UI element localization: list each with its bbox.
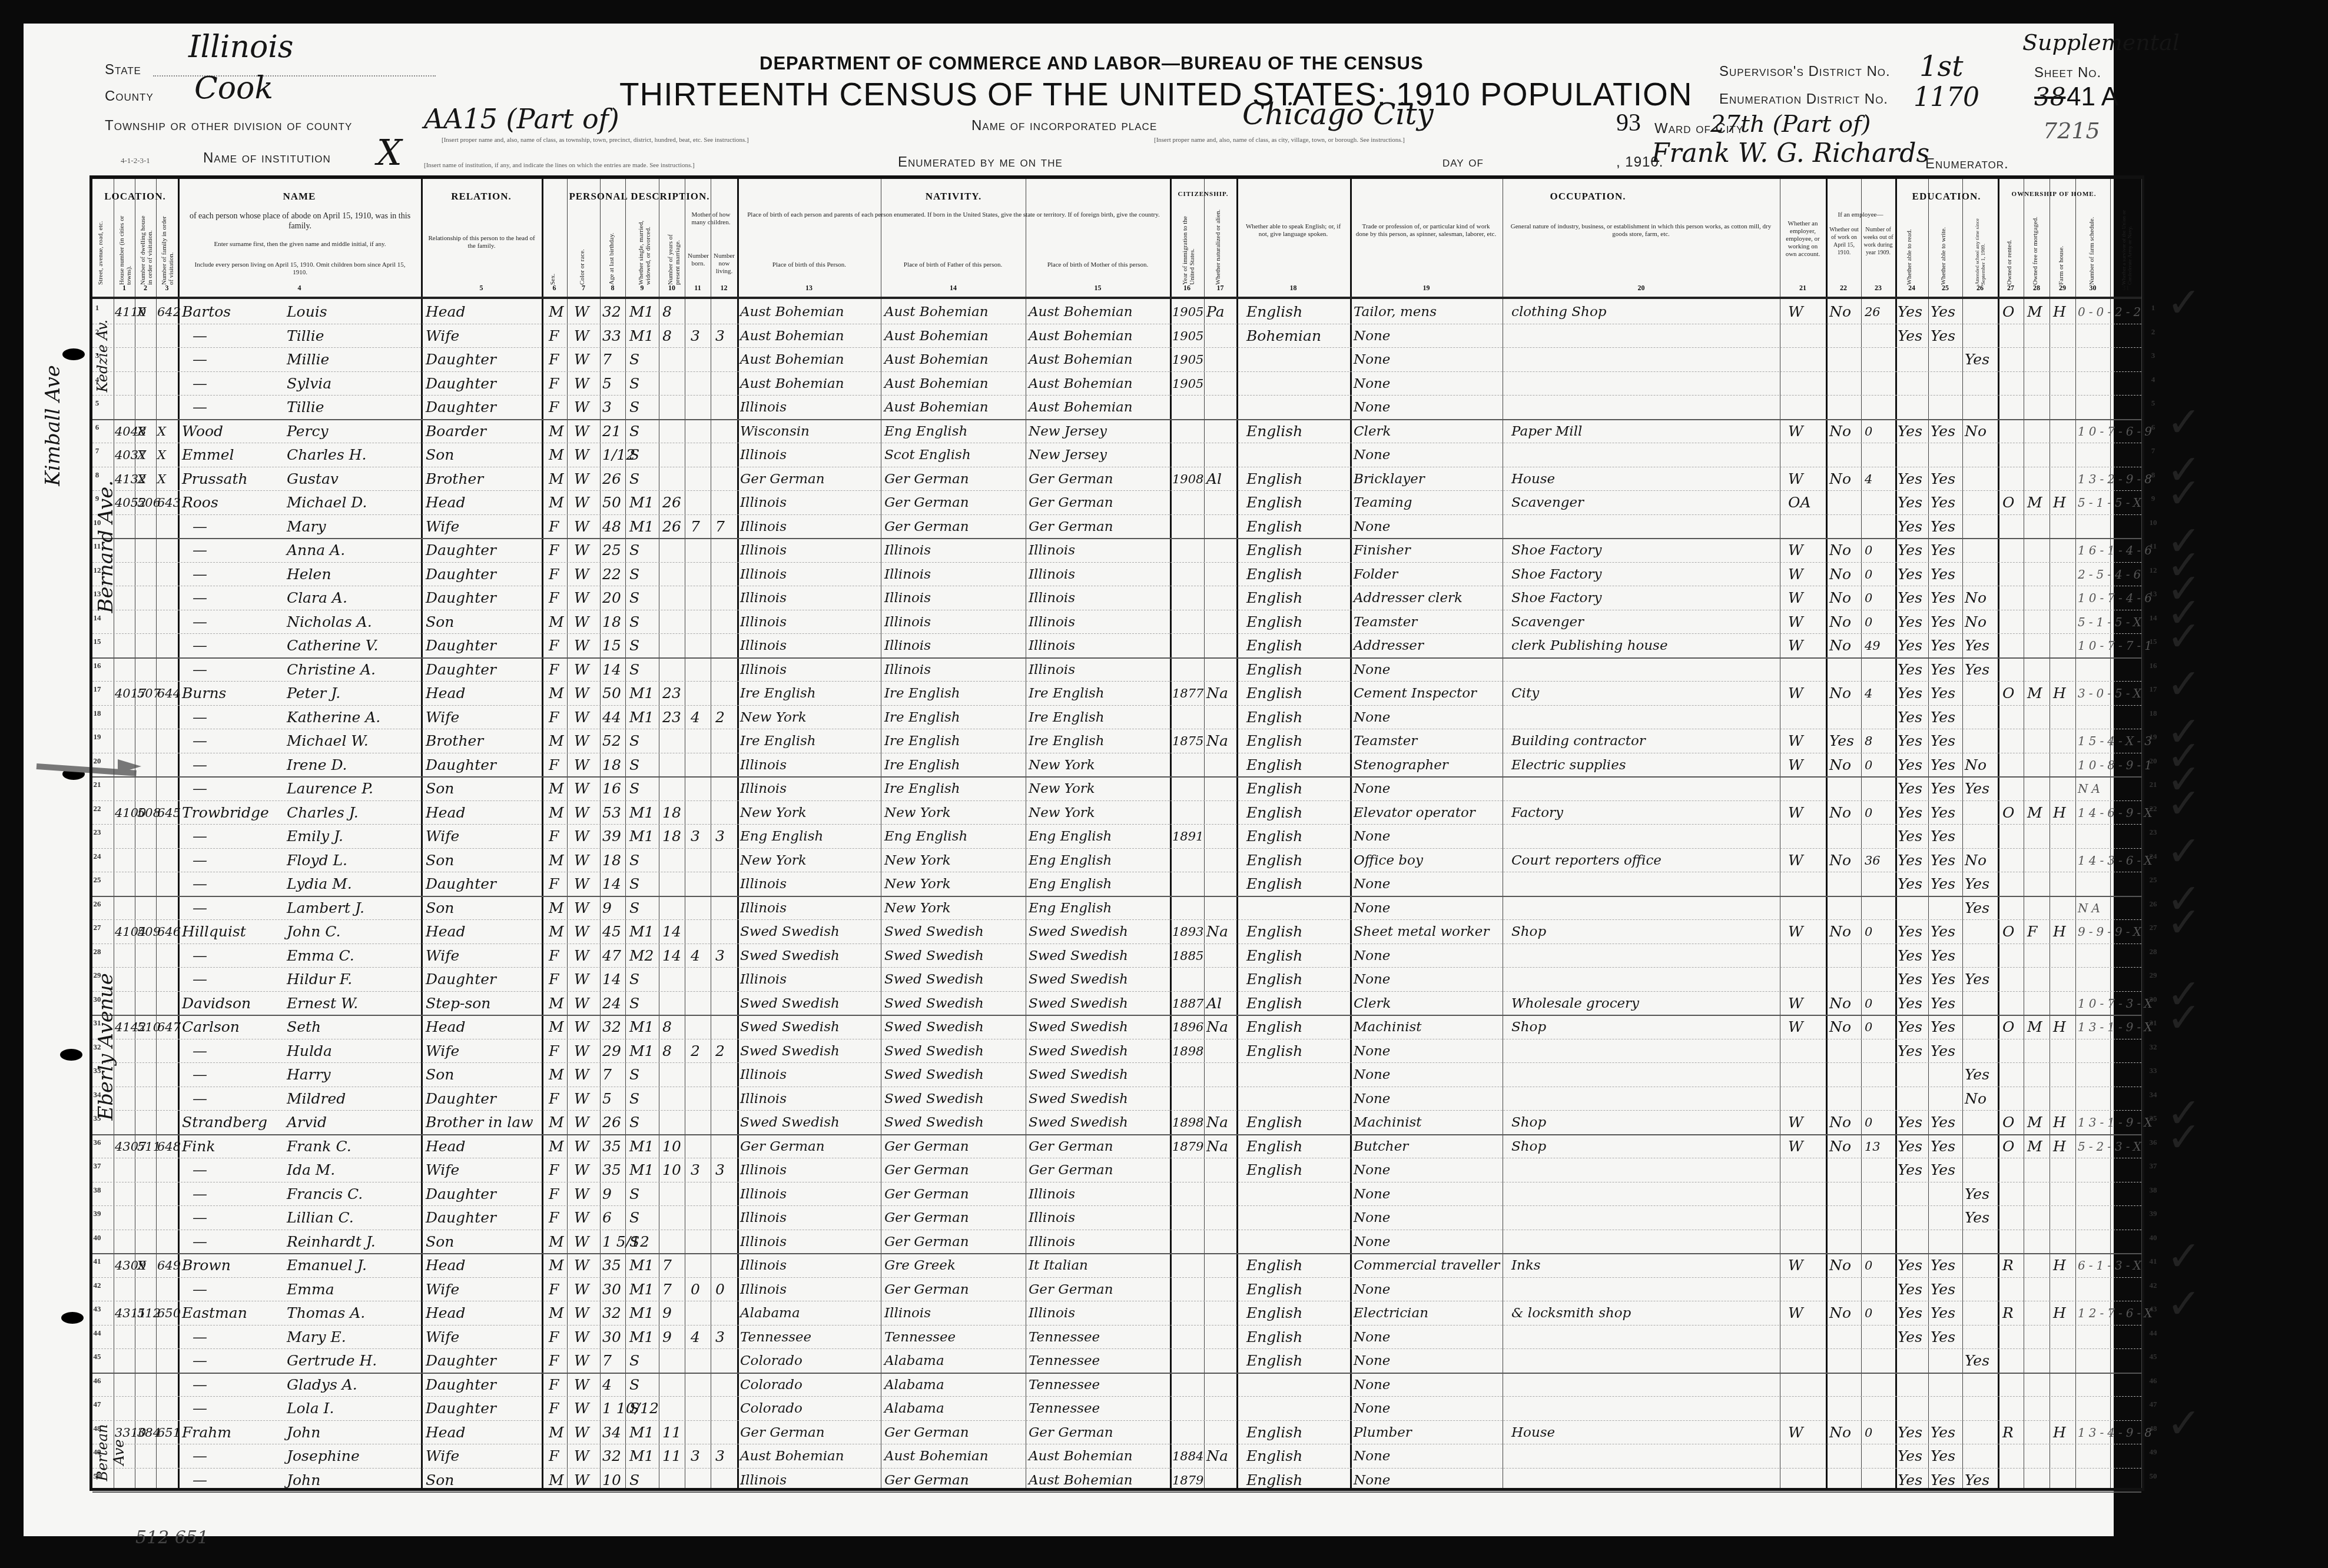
department-title: DEPARTMENT OF COMMERCE AND LABOR—BUREAU … — [760, 53, 1424, 74]
trade: Addresser — [1354, 634, 1424, 657]
owned-rented: R — [2002, 1254, 2014, 1277]
given-name: Lola I. — [287, 1397, 334, 1420]
marital-status: M1 — [629, 1278, 654, 1301]
column-number: 24 — [1895, 284, 1928, 293]
immigration-year: 1905 — [1172, 301, 1203, 323]
relation: Wife — [426, 1445, 459, 1467]
table-row: 4104509646HillquistJohn C.HeadMW45M114Sw… — [92, 919, 2141, 945]
surname: — — [193, 849, 207, 872]
can-read: Yes — [1898, 682, 1922, 705]
coding-marks: 6-1-3-X — [2078, 1254, 2145, 1277]
birthplace-mother: Tennessee — [1029, 1350, 1100, 1372]
can-write: Yes — [1931, 778, 1955, 800]
group-name: NAME — [178, 191, 421, 202]
race: W — [574, 1040, 589, 1062]
age: 26 — [602, 1111, 621, 1134]
language: English — [1246, 659, 1302, 681]
surname: Strandberg — [182, 1111, 267, 1134]
surname: — — [193, 611, 207, 633]
birthplace-mother: New York — [1029, 778, 1095, 800]
years-married: 11 — [662, 1445, 681, 1467]
table-row: —SylviaDaughterFW5SAust BohemianAust Boh… — [92, 371, 2141, 397]
group-occupation: OCCUPATION. — [1350, 191, 1826, 202]
marital-status: S — [629, 659, 639, 681]
table-row: StrandbergArvidBrother in lawMW26SSwed S… — [92, 1110, 2141, 1135]
birthplace-father: Eng English — [884, 825, 967, 848]
table-row: 4309X649BrownEmanuel J.HeadMW35M17Illino… — [92, 1253, 2141, 1278]
marital-status: S — [629, 468, 639, 490]
out-of-work: No — [1829, 1111, 1851, 1134]
out-of-work: No — [1829, 802, 1851, 824]
weeks-out: 0 — [1865, 754, 1872, 776]
line-number: 32 — [2144, 1042, 2162, 1052]
industry: Paper Mill — [1511, 420, 1582, 443]
age: 32 — [602, 301, 621, 323]
can-read: Yes — [1898, 1135, 1922, 1158]
industry: House — [1511, 468, 1555, 490]
marital-status: M1 — [629, 1421, 654, 1444]
marital-status: M1 — [629, 1254, 654, 1277]
sex: M — [549, 491, 564, 514]
birthplace-mother: Illinois — [1029, 611, 1075, 633]
years-married: 14 — [662, 921, 681, 943]
language: English — [1246, 992, 1302, 1015]
line-number: 5 — [2144, 398, 2162, 408]
hdr-relation: Relationship of this person to the head … — [426, 235, 538, 250]
out-of-work: No — [1829, 539, 1851, 562]
industry: Shoe Factory — [1511, 563, 1601, 586]
hdr-write: Whether able to write. — [1940, 214, 1947, 285]
surname: — — [193, 1064, 207, 1086]
given-name: Mary E. — [287, 1326, 346, 1348]
state-label: State — [105, 62, 141, 78]
naturalization: Na — [1206, 1016, 1228, 1038]
line-number: 35 — [2144, 1114, 2162, 1123]
hdr-marital: Whether single, married, widowed, or div… — [638, 214, 652, 285]
surname: — — [193, 945, 207, 967]
trade: None — [1354, 1159, 1390, 1181]
punch-hole — [62, 348, 85, 360]
hdr-weeks-out: Number of weeks out of work during year … — [1862, 226, 1894, 257]
mortgaged: M — [2027, 301, 2042, 323]
trade: Butcher — [1354, 1135, 1408, 1158]
relation: Brother — [426, 730, 483, 752]
school: Yes — [1965, 778, 1989, 800]
industry: clerk Publishing house — [1511, 634, 1668, 657]
relation: Wife — [426, 945, 459, 967]
given-name: Lambert J. — [287, 897, 364, 919]
birthplace-person: Swed Swedish — [740, 1040, 840, 1062]
birthplace-person: Illinois — [740, 1231, 787, 1253]
marital-status: S — [629, 611, 639, 633]
age: 34 — [602, 1421, 621, 1444]
line-number: 6 — [2144, 423, 2162, 432]
table-row: —EmmaWifeFW30M1700IllinoisGer GermanGer … — [92, 1277, 2141, 1303]
birthplace-father: Ger German — [884, 1421, 969, 1444]
relation: Daughter — [426, 634, 496, 657]
sex: F — [549, 1397, 559, 1420]
weeks-out: 4 — [1865, 682, 1872, 705]
employer-status: W — [1788, 921, 1803, 943]
out-of-work: No — [1829, 1135, 1851, 1158]
birthplace-person: Illinois — [740, 444, 787, 466]
surname: — — [193, 587, 207, 609]
school: Yes — [1965, 634, 1989, 657]
years-married: 10 — [662, 1159, 681, 1181]
race: W — [574, 516, 589, 538]
line-number: 8 — [2144, 470, 2162, 480]
surname: — — [193, 706, 207, 729]
immigration-year: 1893 — [1172, 921, 1203, 943]
birthplace-person: Illinois — [740, 1278, 787, 1301]
birthplace-person: Aust Bohemian — [740, 1445, 844, 1467]
birthplace-person: Tennessee — [740, 1326, 811, 1348]
employer-status: W — [1788, 301, 1803, 323]
surname: Emmel — [182, 444, 234, 466]
table-row: —Lola I.DaughterFW1 10/12SColoradoAlabam… — [92, 1396, 2141, 1421]
surname: — — [193, 1040, 207, 1062]
can-write: Yes — [1931, 468, 1955, 490]
table-row: —TillieDaughterFW3SIllinoisAust Bohemian… — [92, 395, 2141, 420]
employer-status: W — [1788, 1135, 1803, 1158]
birthplace-person: Swed Swedish — [740, 1111, 840, 1134]
group-relation: RELATION. — [421, 191, 542, 202]
surname: Bartos — [182, 301, 231, 323]
line-number: 15 — [2144, 637, 2162, 646]
sex: M — [549, 1016, 564, 1038]
sex: F — [549, 825, 559, 848]
hdr-if-employee: If an employee— — [1827, 211, 1894, 219]
table-row: —Emma C.WifeFW47M21443Swed SwedishSwed S… — [92, 944, 2141, 969]
can-read: Yes — [1898, 802, 1922, 824]
birthplace-person: Illinois — [740, 1254, 787, 1277]
birthplace-mother: Aust Bohemian — [1029, 348, 1133, 371]
trade: None — [1354, 1469, 1390, 1491]
birthplace-father: Illinois — [884, 587, 931, 609]
language: English — [1246, 468, 1302, 490]
marital-status: S — [629, 1111, 639, 1134]
sheet-label: Sheet No. — [2034, 65, 2101, 81]
line-number: 49 — [2144, 1447, 2162, 1457]
out-of-work: No — [1829, 992, 1851, 1015]
years-married: 23 — [662, 682, 681, 705]
table-row: —Irene D.DaughterFW18SIllinoisIre Englis… — [92, 753, 2141, 778]
farm-house: H — [2053, 1302, 2066, 1324]
employer-status: W — [1788, 730, 1803, 752]
sex: M — [549, 1302, 564, 1324]
can-read: Yes — [1898, 778, 1922, 800]
sex: M — [549, 730, 564, 752]
given-name: Laurence P. — [287, 778, 373, 800]
marital-status: S — [629, 563, 639, 586]
industry: Scavenger — [1511, 611, 1584, 633]
birthplace-father: Ire English — [884, 754, 960, 776]
out-of-work: Yes — [1829, 730, 1854, 752]
language: English — [1246, 730, 1302, 752]
hdr-school: Attended school any time since September… — [1974, 208, 1986, 285]
immigration-year: 1887 — [1172, 992, 1203, 1015]
given-name: Sylvia — [287, 373, 331, 395]
naturalization: Al — [1206, 992, 1222, 1015]
hdr-years-married: Number of years of present marriage. — [667, 214, 681, 285]
birthplace-father: New York — [884, 802, 951, 824]
line-number: 43 — [2144, 1304, 2162, 1314]
township-note: [Insert proper name and, also, name of c… — [442, 137, 749, 144]
birthplace-mother: Illinois — [1029, 1183, 1075, 1205]
birthplace-mother: New York — [1029, 754, 1095, 776]
table-row: 4048XXWoodPercyBoarderMW21SWisconsinEng … — [92, 419, 2141, 444]
marital-status: S — [629, 373, 639, 395]
line-number: 38 — [2144, 1185, 2162, 1195]
column-number: 30 — [2075, 284, 2110, 293]
birthplace-father: Swed Swedish — [884, 1111, 984, 1134]
sex: F — [549, 634, 559, 657]
birthplace-mother: Swed Swedish — [1029, 1040, 1128, 1062]
years-married: 8 — [662, 1016, 672, 1038]
employer-status: W — [1788, 1254, 1803, 1277]
language: English — [1246, 420, 1302, 443]
surname: — — [193, 1207, 207, 1229]
relation: Step-son — [426, 992, 490, 1015]
table-row: 4142510647CarlsonSethHeadMW32M18Swed Swe… — [92, 1015, 2141, 1040]
race: W — [574, 897, 589, 919]
relation: Wife — [426, 1159, 459, 1181]
relation: Brother in law — [426, 1111, 533, 1134]
trade: None — [1354, 1231, 1390, 1253]
language: English — [1246, 778, 1302, 800]
given-name: Millie — [287, 348, 329, 371]
hdr-family: Number of family in order of visitation. — [161, 214, 175, 285]
school: Yes — [1965, 873, 1989, 895]
column-number: 13 — [737, 284, 881, 293]
birthplace-person: Aust Bohemian — [740, 301, 844, 323]
sex: M — [549, 802, 564, 824]
relation: Daughter — [426, 1088, 496, 1110]
birthplace-father: Illinois — [884, 659, 931, 681]
weeks-out: 36 — [1865, 849, 1881, 872]
table-row: —Christine A.DaughterFW14SIllinoisIllino… — [92, 657, 2141, 683]
birthplace-father: Illinois — [884, 1302, 931, 1324]
column-number: 2 — [135, 284, 156, 293]
birthplace-father: Aust Bohemian — [884, 325, 989, 347]
incorporated-place-value: Chicago City — [1242, 97, 1434, 131]
birthplace-mother: It Italian — [1029, 1254, 1088, 1277]
table-row: —HuldaWifeFW29M1822Swed SwedishSwed Swed… — [92, 1039, 2141, 1064]
sex: F — [549, 1040, 559, 1062]
immigration-year: 1877 — [1172, 682, 1203, 705]
institution-label: Name of institution — [203, 150, 331, 167]
group-location: LOCATION. — [92, 191, 178, 202]
marital-status: M1 — [629, 682, 654, 705]
relation: Head — [426, 1016, 466, 1038]
weeks-out: 0 — [1865, 1016, 1872, 1038]
age: 7 — [602, 1064, 612, 1086]
trade: None — [1354, 396, 1390, 418]
can-write: Yes — [1931, 301, 1955, 323]
age: 39 — [602, 825, 621, 848]
can-write: Yes — [1931, 921, 1955, 943]
surname: Fink — [182, 1135, 215, 1158]
birthplace-person: Illinois — [740, 1207, 787, 1229]
coding-marks: 9-9-9-X — [2078, 921, 2145, 943]
mortgaged: M — [2027, 491, 2042, 514]
surname: — — [193, 539, 207, 562]
birthplace-father: Illinois — [884, 611, 931, 633]
birthplace-father: Aust Bohemian — [884, 301, 989, 323]
line-number: 18 — [2144, 709, 2162, 718]
line-number: 22 — [2144, 804, 2162, 813]
birthplace-mother: Ire English — [1029, 730, 1105, 752]
marital-status: S — [629, 1350, 639, 1372]
table-row: —Katherine A.WifeFW44M12342New YorkIre E… — [92, 705, 2141, 730]
years-married: 14 — [662, 945, 681, 967]
industry: Shop — [1511, 1016, 1546, 1038]
coding-marks: NA — [2078, 778, 2104, 800]
place-note: [Insert proper name and, also, name of c… — [1154, 137, 1405, 144]
line-number: 4 — [2144, 375, 2162, 384]
given-name: Charles H. — [287, 444, 366, 466]
checkmark-icon: ✓ — [2167, 398, 2201, 447]
trade: Clerk — [1354, 992, 1391, 1015]
age: 32 — [602, 1016, 621, 1038]
out-of-work: No — [1829, 1016, 1851, 1038]
sex: M — [549, 301, 564, 323]
sex: M — [549, 1064, 564, 1086]
language: English — [1246, 945, 1302, 967]
sex: F — [549, 1088, 559, 1110]
relation: Head — [426, 1135, 466, 1158]
birthplace-father: Illinois — [884, 563, 931, 586]
out-of-work: No — [1829, 682, 1851, 705]
surname: — — [193, 778, 207, 800]
age: 6 — [602, 1207, 612, 1229]
trade: Addresser clerk — [1354, 587, 1463, 609]
age: 1 5/12 — [602, 1231, 649, 1253]
birthplace-mother: Ger German — [1029, 1421, 1113, 1444]
given-name: Emily J. — [287, 825, 343, 848]
employer-status: W — [1788, 468, 1803, 490]
farm-house: H — [2053, 802, 2066, 824]
given-name: Anna A. — [287, 539, 345, 562]
years-married: 11 — [662, 1421, 681, 1444]
race: W — [574, 1350, 589, 1372]
children-born: 4 — [691, 706, 700, 729]
sex: F — [549, 1183, 559, 1205]
employer-status: W — [1788, 1421, 1803, 1444]
farm-house: H — [2053, 921, 2066, 943]
years-married: 9 — [662, 1326, 672, 1348]
relation: Son — [426, 1064, 454, 1086]
weeks-out: 0 — [1865, 420, 1872, 443]
relation: Wife — [426, 706, 459, 729]
given-name: Mildred — [287, 1088, 346, 1110]
race: W — [574, 444, 589, 466]
surname: — — [193, 754, 207, 776]
out-of-work: No — [1829, 468, 1851, 490]
owned-rented: O — [2002, 301, 2015, 323]
given-name: Lillian C. — [287, 1207, 354, 1229]
can-write: Yes — [1931, 802, 1955, 824]
line-number: 27 — [2144, 923, 2162, 932]
employer-status: W — [1788, 587, 1803, 609]
sex: M — [549, 1135, 564, 1158]
marital-status: S — [629, 634, 639, 657]
owned-rented: O — [2002, 921, 2015, 943]
group-education: EDUCATION. — [1895, 191, 1998, 202]
line-number: 26 — [2144, 899, 2162, 909]
birthplace-father: Ger German — [884, 1135, 969, 1158]
age: 33 — [602, 325, 621, 347]
given-name: Ida M. — [287, 1159, 335, 1181]
children-living: 3 — [715, 945, 725, 967]
line-number: 23 — [2144, 828, 2162, 837]
sex: M — [549, 1469, 564, 1491]
column-number: 7 — [567, 284, 600, 293]
relation: Daughter — [426, 1183, 496, 1205]
age: 30 — [602, 1326, 621, 1348]
marital-status: S — [629, 754, 639, 776]
race: W — [574, 1207, 589, 1229]
table-row: —Lillian C.DaughterFW6SIllinoisGer Germa… — [92, 1205, 2141, 1231]
sex: M — [549, 468, 564, 490]
sex: M — [549, 849, 564, 872]
relation: Head — [426, 921, 466, 943]
checkmark-icon: ✓ — [2167, 1232, 2201, 1281]
birthplace-person: Illinois — [740, 897, 787, 919]
school: Yes — [1965, 1469, 1989, 1491]
language: English — [1246, 1302, 1302, 1324]
marital-status: S — [629, 1183, 639, 1205]
marital-status: M1 — [629, 491, 654, 514]
family-number: X — [157, 444, 166, 466]
given-name: Michael D. — [287, 491, 367, 514]
naturalization: Na — [1206, 921, 1228, 943]
trade: Teamster — [1354, 611, 1417, 633]
can-read: Yes — [1898, 873, 1922, 895]
can-read: Yes — [1898, 730, 1922, 752]
language: English — [1246, 1350, 1302, 1372]
hdr-race: Color or race. — [579, 232, 586, 285]
employer-status: W — [1788, 849, 1803, 872]
birthplace-person: New York — [740, 849, 807, 872]
hdr-employer: Whether an employer, employee, or workin… — [1782, 220, 1823, 258]
marital-status: S — [629, 1469, 639, 1491]
sheet-struck: 38 — [2034, 82, 2065, 111]
column-number: 26 — [1962, 284, 1998, 293]
relation: Wife — [426, 516, 459, 538]
trade: None — [1354, 444, 1390, 466]
years-married: 7 — [662, 1278, 672, 1301]
trade: None — [1354, 516, 1390, 538]
age: 5 — [602, 373, 612, 395]
line-number: 34 — [2144, 1090, 2162, 1099]
employer-status: W — [1788, 754, 1803, 776]
birthplace-father: Eng English — [884, 420, 967, 443]
birthplace-father: Swed Swedish — [884, 992, 984, 1015]
can-read: Yes — [1898, 968, 1922, 991]
table-row: —Floyd L.SonMW18SNew YorkNew YorkEng Eng… — [92, 848, 2141, 873]
race: W — [574, 825, 589, 848]
birthplace-person: Alabama — [740, 1302, 800, 1324]
immigration-year: 1879 — [1172, 1469, 1203, 1491]
years-married: 26 — [662, 516, 681, 538]
county-label: County — [105, 88, 154, 105]
relation: Daughter — [426, 873, 496, 895]
industry: Shop — [1511, 921, 1546, 943]
surname: — — [193, 1350, 207, 1372]
birthplace-mother: Swed Swedish — [1029, 1111, 1128, 1134]
out-of-work: No — [1829, 587, 1851, 609]
